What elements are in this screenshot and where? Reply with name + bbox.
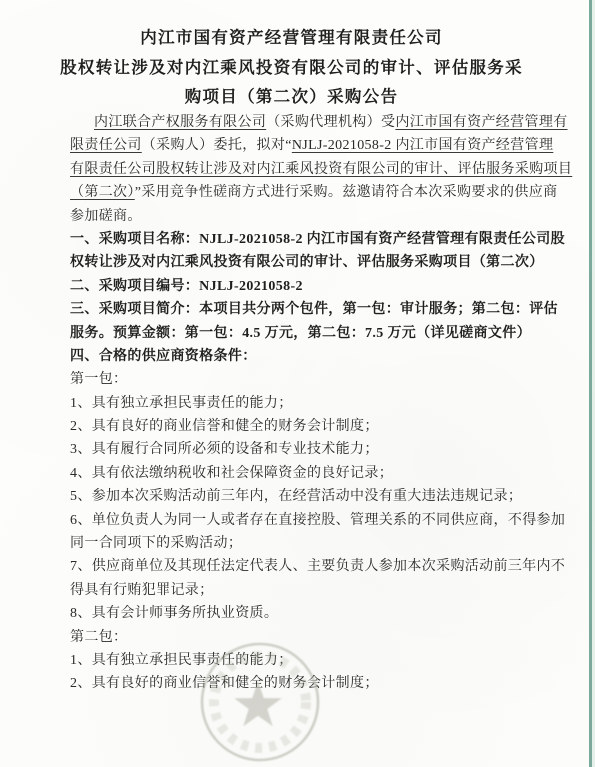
text-segment: 第二包：	[70, 630, 127, 645]
text-segment: 3、具有履行合同所必须的设备和专业技术能力；	[70, 442, 379, 457]
document-line: 第二包：	[70, 626, 552, 649]
text-segment: 二、采购项目编号：NJLJ-2021058-2	[70, 279, 303, 294]
text-segment: 8、具有会计师事务所执业资质。	[70, 606, 278, 621]
document-line: 权转让涉及对内江乘风投资有限公司的审计、评估服务采购项目（第二次）	[70, 251, 552, 274]
document-line: 2、具有良好的商业信誉和健全的财务会计制度；	[70, 672, 552, 695]
document-title-line: 股权转让涉及对内江乘风投资有限公司的审计、评估服务采	[30, 53, 553, 83]
document-body: 内江联合产权服务有限公司（采购代理机构）受内江市国有资产经营管理有限责任公司（采…	[70, 111, 552, 696]
text-segment: 得具有行贿犯罪记录；	[70, 583, 214, 598]
text-segment: 2、具有良好的商业信誉和健全的财务会计制度；	[70, 676, 379, 691]
text-segment: 7、供应商单位及其现任法定代表人、主要负责人参加本次采购活动前三年内不	[70, 559, 565, 574]
document-line: 四、合格的供应商资格条件：	[70, 345, 552, 368]
underlined-text: 限责任公司	[70, 138, 142, 153]
document-line: 有限责任公司股权转让涉及对内江乘风投资有限公司的审计、评估服务采购项目	[70, 158, 552, 181]
text-segment: ”采用竞争性磋商方式进行采购。兹邀请符合本次采购要求的供应商	[135, 185, 558, 200]
text-segment: 权转让涉及对内江乘风投资有限公司的审计、评估服务采购项目（第二次）	[70, 255, 544, 270]
document-line: 5、参加本次采购活动前三年内，在经营活动中没有重大违法违规记录；	[70, 485, 552, 508]
text-segment: 第一包：	[70, 372, 127, 387]
document-line: （第二次）”采用竞争性磋商方式进行采购。兹邀请符合本次采购要求的供应商	[70, 181, 552, 204]
document-line: 3、具有履行合同所必须的设备和专业技术能力；	[70, 438, 552, 461]
text-segment: 1、具有独立承担民事责任的能力；	[70, 653, 293, 668]
text-segment: 1、具有独立承担民事责任的能力；	[70, 396, 293, 411]
text-segment: 四、合格的供应商资格条件：	[70, 349, 257, 364]
underlined-text: （第二次）	[70, 185, 135, 200]
document-line: 8、具有会计师事务所执业资质。	[70, 602, 552, 625]
document-line: 参加磋商。	[70, 205, 552, 228]
text-segment: 4、具有依法缴纳税收和社会保障资金的良好记录；	[70, 466, 393, 481]
underlined-text: NJLJ-2021058-2 内江市国有资产经营管理	[292, 138, 553, 153]
text-segment: （采购人）委托，拟对“	[142, 138, 292, 153]
document-line: 2、具有良好的商业信誉和健全的财务会计制度；	[70, 415, 552, 438]
text-segment: 三、采购项目简介：本项目共分两个包件，第一包：审计服务；第二包：评估	[70, 302, 558, 317]
underlined-text: 有限责任公司股权转让涉及对内江乘风投资有限公司的审计、评估服务采购项目	[70, 162, 572, 177]
document-line: 得具有行贿犯罪记录；	[70, 579, 552, 602]
document-line: 内江联合产权服务有限公司（采购代理机构）受内江市国有资产经营管理有	[70, 111, 552, 134]
document-line: 服务。预算金额：第一包：4.5 万元，第二包：7.5 万元（详见磋商文件）	[70, 322, 552, 345]
document-line: 7、供应商单位及其现任法定代表人、主要负责人参加本次采购活动前三年内不	[70, 555, 552, 578]
document-title-line: 购项目（第二次）采购公告	[30, 82, 553, 112]
document-line: 二、采购项目编号：NJLJ-2021058-2	[70, 275, 552, 298]
document-line: 6、单位负责人为同一人或者存在直接控股、管理关系的不同供应商，不得参加	[70, 509, 552, 532]
document-line: 1、具有独立承担民事责任的能力；	[70, 392, 552, 415]
text-segment: 参加磋商。	[70, 209, 142, 224]
underlined-text: 内江联合产权服务有限公司	[94, 115, 266, 130]
scanned-document-page: 内江市国有资产经营管理有限责任公司股权转让涉及对内江乘风投资有限公司的审计、评估…	[0, 0, 595, 767]
text-segment: 6、单位负责人为同一人或者存在直接控股、管理关系的不同供应商，不得参加	[70, 513, 565, 528]
underlined-text: 内江市国有资产经营管理有	[395, 115, 567, 130]
document-title: 内江市国有资产经营管理有限责任公司股权转让涉及对内江乘风投资有限公司的审计、评估…	[30, 23, 553, 112]
text-segment: 服务。预算金额：第一包：4.5 万元，第二包：7.5 万元（详见磋商文件）	[70, 326, 531, 341]
document-line: 同一合同项下的采购活动；	[70, 532, 552, 555]
document-line: 1、具有独立承担民事责任的能力；	[70, 649, 552, 672]
text-segment: （采购代理机构）受	[266, 115, 395, 130]
document-line: 第一包：	[70, 368, 552, 391]
document-line: 一、采购项目名称：NJLJ-2021058-2 内江市国有资产经营管理有限责任公…	[70, 228, 552, 251]
text-segment: 一、采购项目名称：NJLJ-2021058-2 内江市国有资产经营管理有限责任公…	[70, 232, 565, 247]
text-segment: 2、具有良好的商业信誉和健全的财务会计制度；	[70, 419, 379, 434]
document-line: 4、具有依法缴纳税收和社会保障资金的良好记录；	[70, 462, 552, 485]
document-line: 三、采购项目简介：本项目共分两个包件，第一包：审计服务；第二包：评估	[70, 298, 552, 321]
document-title-line: 内江市国有资产经营管理有限责任公司	[30, 23, 553, 53]
document-line: 限责任公司（采购人）委托，拟对“NJLJ-2021058-2 内江市国有资产经营…	[70, 134, 552, 157]
text-segment: 同一合同项下的采购活动；	[70, 536, 242, 551]
text-segment: 5、参加本次采购活动前三年内，在经营活动中没有重大违法违规记录；	[70, 489, 522, 504]
